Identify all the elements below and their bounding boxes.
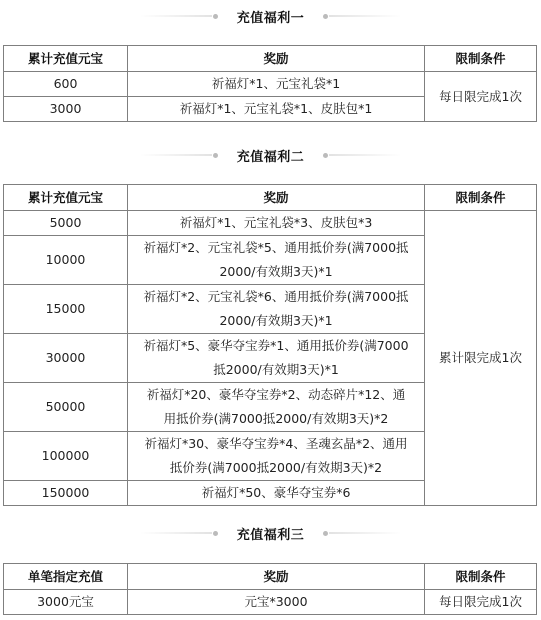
- divider-line: [140, 532, 212, 534]
- amount-cell: 3000元宝: [4, 590, 128, 615]
- table-row: 3000元宝 元宝*3000 每日限完成1次: [4, 590, 537, 615]
- header-limit: 限制条件: [425, 46, 537, 72]
- reward-text: 祈福灯*5、豪华夺宝券*1、通用抵价券(满7000抵2000/有效期3天)*1: [141, 334, 411, 382]
- benefit-table-2: 累计充值元宝 奖励 限制条件 5000 祈福灯*1、元宝礼袋*3、皮肤包*3 累…: [3, 184, 537, 506]
- reward-cell: 祈福灯*30、豪华夺宝券*4、圣魂玄晶*2、通用抵价券(满7000抵2000/有…: [128, 432, 425, 481]
- amount-cell: 150000: [4, 481, 128, 506]
- divider-line: [329, 532, 401, 534]
- amount-cell: 30000: [4, 334, 128, 383]
- reward-text: 祈福灯*20、豪华夺宝券*2、动态碎片*12、通用抵价券(满7000抵2000/…: [141, 383, 411, 431]
- diamond-dot-icon: [213, 14, 218, 19]
- reward-cell: 祈福灯*2、元宝礼袋*6、通用抵价券(满7000抵2000/有效期3天)*1: [128, 285, 425, 334]
- reward-cell: 祈福灯*1、元宝礼袋*1: [128, 72, 425, 97]
- limit-cell: 每日限完成1次: [425, 590, 537, 615]
- reward-cell: 祈福灯*5、豪华夺宝券*1、通用抵价券(满7000抵2000/有效期3天)*1: [128, 334, 425, 383]
- divider-line: [329, 154, 401, 156]
- header-amount: 累计充值元宝: [4, 185, 128, 211]
- amount-cell: 5000: [4, 211, 128, 236]
- divider-line: [140, 154, 212, 156]
- reward-text: 祈福灯*1、元宝礼袋*3、皮肤包*3: [180, 211, 373, 235]
- amount-cell: 10000: [4, 236, 128, 285]
- table-header-row: 累计充值元宝 奖励 限制条件: [4, 185, 537, 211]
- header-reward: 奖励: [128, 564, 425, 590]
- header-limit: 限制条件: [425, 185, 537, 211]
- divider-line: [329, 15, 401, 17]
- amount-cell: 100000: [4, 432, 128, 481]
- section-heading: 充值福利一: [237, 7, 305, 26]
- diamond-dot-icon: [213, 531, 218, 536]
- reward-cell: 祈福灯*20、豪华夺宝券*2、动态碎片*12、通用抵价券(满7000抵2000/…: [128, 383, 425, 432]
- section-heading: 充值福利二: [237, 146, 305, 165]
- diamond-dot-icon: [323, 14, 328, 19]
- amount-cell: 50000: [4, 383, 128, 432]
- diamond-dot-icon: [323, 153, 328, 158]
- reward-cell: 祈福灯*1、元宝礼袋*3、皮肤包*3: [128, 211, 425, 236]
- limit-cell: 每日限完成1次: [425, 72, 537, 122]
- header-reward: 奖励: [128, 46, 425, 72]
- amount-cell: 600: [4, 72, 128, 97]
- table-row: 600 祈福灯*1、元宝礼袋*1 每日限完成1次: [4, 72, 537, 97]
- amount-cell: 15000: [4, 285, 128, 334]
- reward-text: 祈福灯*30、豪华夺宝券*4、圣魂玄晶*2、通用抵价券(满7000抵2000/有…: [141, 432, 411, 480]
- limit-cell: 累计限完成1次: [425, 211, 537, 506]
- diamond-dot-icon: [323, 531, 328, 536]
- header-reward: 奖励: [128, 185, 425, 211]
- table-header-row: 累计充值元宝 奖励 限制条件: [4, 46, 537, 72]
- header-limit: 限制条件: [425, 564, 537, 590]
- reward-text: 祈福灯*50、豪华夺宝券*6: [202, 481, 351, 505]
- section-heading: 充值福利三: [237, 524, 305, 543]
- benefit-table-1: 累计充值元宝 奖励 限制条件 600 祈福灯*1、元宝礼袋*1 每日限完成1次 …: [3, 45, 537, 122]
- section-title-3: 充值福利三: [0, 523, 541, 543]
- reward-text: 祈福灯*2、元宝礼袋*6、通用抵价券(满7000抵2000/有效期3天)*1: [141, 285, 411, 333]
- header-amount: 累计充值元宝: [4, 46, 128, 72]
- reward-cell: 祈福灯*50、豪华夺宝券*6: [128, 481, 425, 506]
- reward-cell: 元宝*3000: [128, 590, 425, 615]
- divider-line: [140, 15, 212, 17]
- section-title-1: 充值福利一: [0, 6, 541, 26]
- benefit-table-3: 单笔指定充值 奖励 限制条件 3000元宝 元宝*3000 每日限完成1次: [3, 563, 537, 615]
- section-title-2: 充值福利二: [0, 145, 541, 165]
- reward-cell: 祈福灯*2、元宝礼袋*5、通用抵价券(满7000抵2000/有效期3天)*1: [128, 236, 425, 285]
- header-amount: 单笔指定充值: [4, 564, 128, 590]
- amount-cell: 3000: [4, 97, 128, 122]
- diamond-dot-icon: [213, 153, 218, 158]
- reward-cell: 祈福灯*1、元宝礼袋*1、皮肤包*1: [128, 97, 425, 122]
- table-header-row: 单笔指定充值 奖励 限制条件: [4, 564, 537, 590]
- table-row: 5000 祈福灯*1、元宝礼袋*3、皮肤包*3 累计限完成1次: [4, 211, 537, 236]
- reward-text: 祈福灯*2、元宝礼袋*5、通用抵价券(满7000抵2000/有效期3天)*1: [141, 236, 411, 284]
